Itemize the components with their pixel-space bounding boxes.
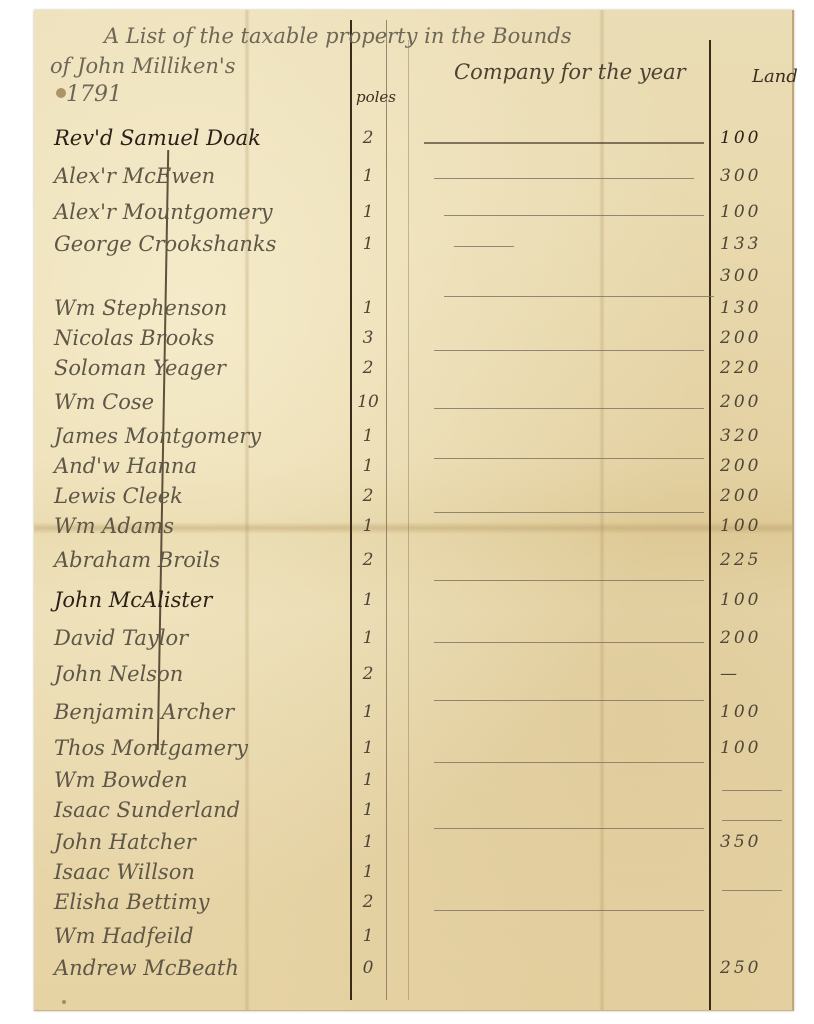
ledger-row: Isaac Willson 1 (34, 860, 792, 890)
taxpayer-name: Abraham Broils (54, 548, 220, 572)
ledger-row: Wm Cose 10 200 (34, 390, 792, 420)
ledger-dash (434, 828, 704, 829)
ledger-dash (434, 580, 704, 581)
polls-column-header: poles (356, 88, 396, 106)
ledger-row: Isaac Sunderland 1 (34, 798, 792, 828)
taxpayer-name: Benjamin Archer (54, 700, 234, 724)
taxpayer-name: Isaac Willson (54, 860, 195, 884)
ledger-row: Rev'd Samuel Doak 2 100 (34, 126, 792, 156)
polls-count: 1 (356, 628, 380, 648)
land-acres: — (720, 664, 776, 684)
ledger-row: James Montgomery 1 320 (34, 424, 792, 454)
taxpayer-name: Wm Cose (54, 390, 154, 414)
polls-count: 1 (356, 298, 380, 318)
ledger-row: Elisha Bettimy 2 (34, 890, 792, 920)
taxpayer-name: Wm Stephenson (54, 296, 227, 320)
taxpayer-name: Nicolas Brooks (54, 326, 214, 350)
ledger-row: Wm Bowden 1 (34, 768, 792, 798)
taxpayer-name: James Montgomery (54, 424, 261, 448)
land-acres: 250 (720, 958, 776, 978)
land-acres: 200 (720, 456, 776, 476)
land-acres: 100 (720, 702, 776, 722)
land-acres: 300 (720, 266, 776, 286)
land-acres: 130 (720, 298, 776, 318)
taxpayer-name: Andrew McBeath (54, 956, 239, 980)
ledger-row: Alex'r Mountgomery 1 100 (34, 200, 792, 230)
ledger-row: John McAlister 1 100 (34, 588, 792, 618)
taxpayer-name: Wm Hadfeild (54, 924, 194, 948)
polls-count: 1 (356, 738, 380, 758)
land-acres: 200 (720, 628, 776, 648)
ledger-row: And'w Hanna 1 200 (34, 454, 792, 484)
ledger-row: George Crookshanks 1 133 (34, 232, 792, 262)
polls-count: 1 (356, 456, 380, 476)
ink-stain (56, 88, 66, 98)
taxpayer-name: John Nelson (54, 662, 183, 686)
polls-count: 0 (356, 958, 380, 978)
land-acres: 100 (720, 202, 776, 222)
document-year: 1791 (66, 82, 122, 107)
land-acres: 350 (720, 832, 776, 852)
land-acres: 100 (720, 128, 776, 148)
polls-count: 1 (356, 516, 380, 536)
polls-count: 3 (356, 328, 380, 348)
polls-count: 2 (356, 486, 380, 506)
polls-count: 1 (356, 426, 380, 446)
land-acres: 300 (720, 166, 776, 186)
taxpayer-name: Lewis Cleek (54, 484, 183, 508)
land-acres: 220 (720, 358, 776, 378)
polls-count: 1 (356, 832, 380, 852)
taxpayer-name: And'w Hanna (54, 454, 197, 478)
polls-count: 1 (356, 926, 380, 946)
ledger-row: 300 (34, 264, 792, 294)
polls-count: 2 (356, 892, 380, 912)
ledger-row: Lewis Cleek 2 200 (34, 484, 792, 514)
polls-count: 1 (356, 702, 380, 722)
polls-count: 1 (356, 166, 380, 186)
ledger-row: Benjamin Archer 1 100 (34, 700, 792, 730)
ledger-row: Wm Hadfeild 1 (34, 924, 792, 954)
manuscript-page: A List of the taxable property in the Bo… (34, 10, 794, 1011)
document-title: A List of the taxable property in the Bo… (104, 24, 571, 48)
polls-count: 2 (356, 358, 380, 378)
land-acres: 200 (720, 392, 776, 412)
document-subtitle-right: Company for the year (454, 60, 686, 84)
taxpayer-name: John McAlister (54, 588, 212, 612)
polls-count: 10 (356, 392, 380, 412)
ledger-row: Wm Adams 1 100 (34, 514, 792, 544)
polls-count: 1 (356, 770, 380, 790)
taxpayer-name: Alex'r McEwen (54, 164, 215, 188)
ledger-row: Soloman Yeager 2 220 (34, 356, 792, 386)
land-acres: 133 (720, 234, 776, 254)
land-acres: 200 (720, 328, 776, 348)
polls-count: 2 (356, 550, 380, 570)
taxpayer-name: Wm Adams (54, 514, 174, 538)
ledger-row: Andrew McBeath 0 250 (34, 956, 792, 986)
taxpayer-name: Elisha Bettimy (54, 890, 210, 914)
ledger-row: Abraham Broils 2 225 (34, 548, 792, 578)
taxpayer-name: Rev'd Samuel Doak (54, 126, 261, 150)
taxpayer-name: John Hatcher (54, 830, 196, 854)
document-subtitle: of John Milliken's (50, 54, 235, 78)
land-acres: 100 (720, 738, 776, 758)
taxpayer-name: Thos Montgamery (54, 736, 248, 760)
ledger-row: Nicolas Brooks 3 200 (34, 326, 792, 356)
taxpayer-name: Alex'r Mountgomery (54, 200, 273, 224)
taxpayer-name: Soloman Yeager (54, 356, 226, 380)
ledger-row: Wm Stephenson 1 130 (34, 296, 792, 326)
land-acres: 320 (720, 426, 776, 446)
land-acres: 100 (720, 590, 776, 610)
taxpayer-name: George Crookshanks (54, 232, 276, 256)
polls-count: 1 (356, 862, 380, 882)
ledger-row: John Nelson 2 — (34, 662, 792, 692)
polls-count: 1 (356, 800, 380, 820)
taxpayer-name: Wm Bowden (54, 768, 188, 792)
ledger-row: Alex'r McEwen 1 300 (34, 164, 792, 194)
polls-count: 1 (356, 590, 380, 610)
land-acres: 100 (720, 516, 776, 536)
ink-dot (62, 1000, 66, 1004)
polls-count: 1 (356, 202, 380, 222)
polls-count: 2 (356, 128, 380, 148)
land-acres: 200 (720, 486, 776, 506)
land-acres: 225 (720, 550, 776, 570)
ledger-row: Thos Montgamery 1 100 (34, 736, 792, 766)
ledger-row: John Hatcher 1 350 (34, 830, 792, 860)
ledger-row: David Taylor 1 200 (34, 626, 792, 656)
polls-count: 2 (356, 664, 380, 684)
taxpayer-name: Isaac Sunderland (54, 798, 240, 822)
polls-count: 1 (356, 234, 380, 254)
land-column-header: Land (752, 66, 798, 87)
taxpayer-name: David Taylor (54, 626, 188, 650)
